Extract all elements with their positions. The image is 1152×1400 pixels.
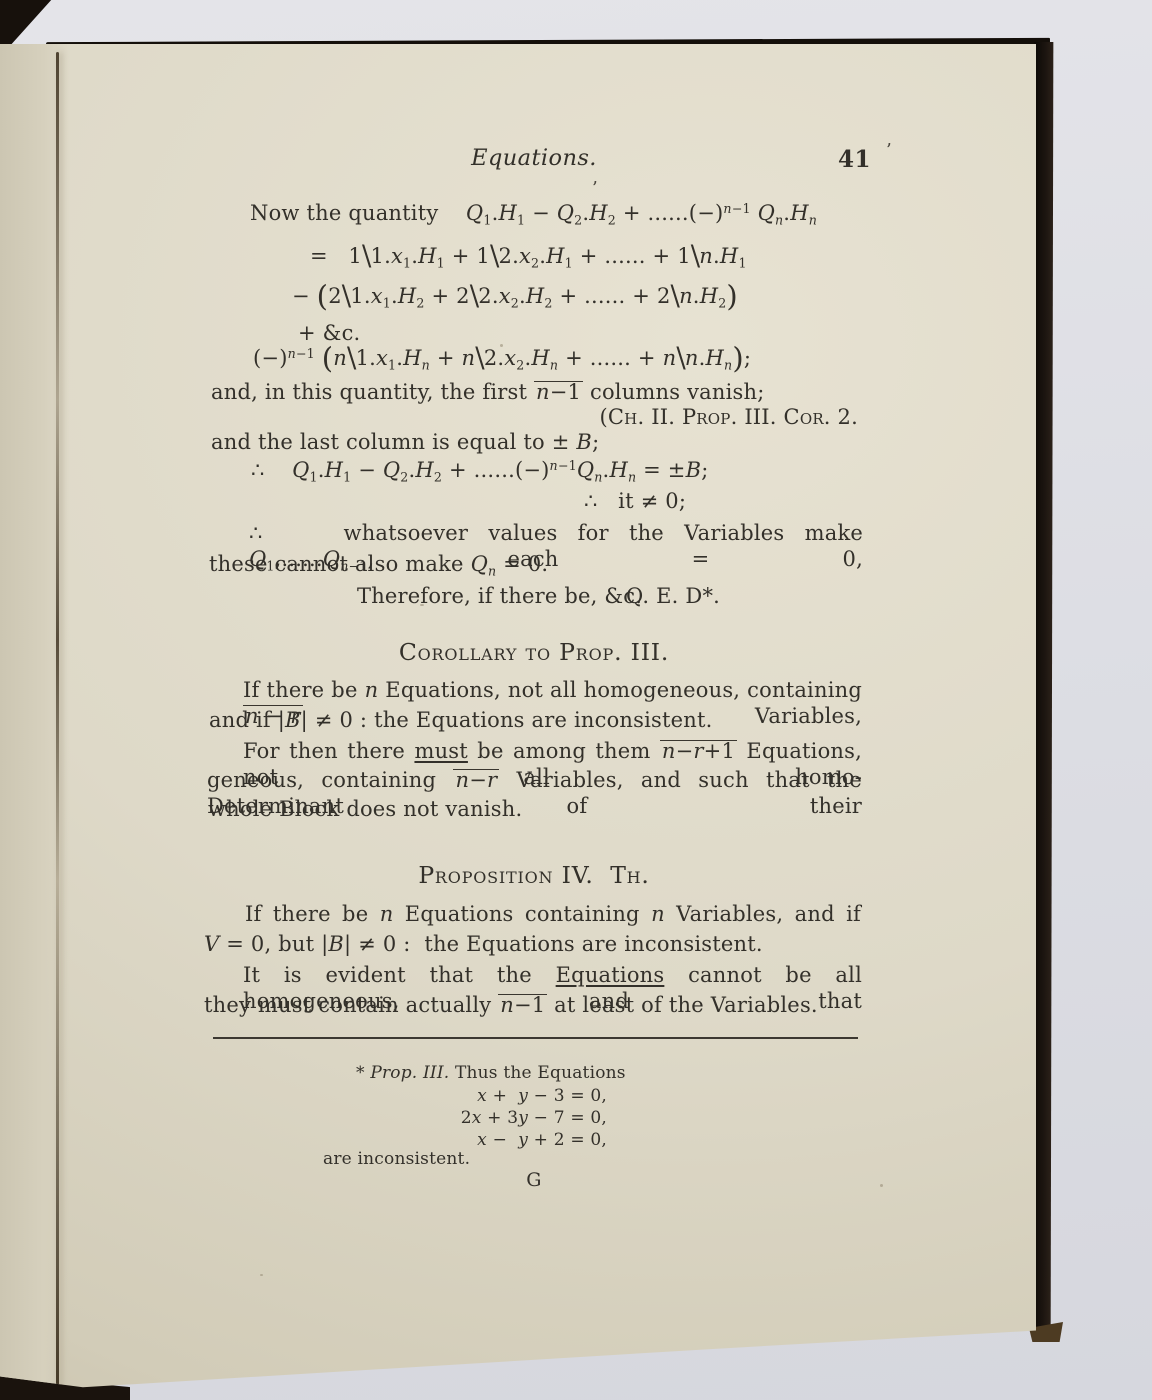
proposition-para2-line2: they must contain actually n−1 at least … xyxy=(204,992,818,1018)
corollary-para2-line3: whole Block does not vanish. xyxy=(208,796,522,822)
chapter-reference: (Ch. II. Prop. III. Cor. 2. xyxy=(210,404,858,430)
page-number: 41 xyxy=(838,146,871,175)
corollary-para1-line2: and if |B| ≠ 0 : the Equations are incon… xyxy=(209,707,713,733)
proposition-heading: Proposition IV. Th. xyxy=(210,861,858,890)
qed-label: Q. E. D*. xyxy=(626,583,720,609)
proposition-para1-line2: V = 0, but |B| ≠ 0 : the Equations are i… xyxy=(204,931,763,957)
book-page: Equations. 41 ’ ’ Now the quantity Q1.H1… xyxy=(0,44,1036,1394)
footnote-equation-1: x + y − 3 = 0, xyxy=(383,1086,607,1107)
paper-speck xyxy=(880,1184,883,1187)
footnote-equation-2: 2x + 3y − 7 = 0, xyxy=(383,1108,607,1129)
expansion-line-1: = 1\1.x1.H1 + 1\2.x2.H1 + ...... + 1\n.H… xyxy=(310,243,747,269)
footnote-rule xyxy=(213,1037,858,1039)
therefore-nonzero-line: ∴ it ≠ 0; xyxy=(584,488,686,514)
corollary-heading: Corollary to Prop. III. xyxy=(210,638,858,667)
footnote-intro: * Prop. III. Thus the Equations xyxy=(356,1063,626,1084)
cannot-also-make-line: these cannot also make Qn = 0. xyxy=(209,551,548,577)
page-gutter xyxy=(0,44,70,1394)
footnote-outro: are inconsistent. xyxy=(323,1149,470,1170)
stray-mark: ’ xyxy=(886,140,892,161)
columns-vanish-line: and, in this quantity, the first n−1 col… xyxy=(211,379,765,405)
paper-speck xyxy=(260,1274,263,1276)
signature-mark: G xyxy=(210,1169,858,1193)
stray-mark: ’ xyxy=(592,178,598,199)
proof-intro-line: Now the quantity Q1.H1 − Q2.H2 + ......(… xyxy=(250,200,817,226)
therefore-if-there-be-line: Therefore, if there be, &c. xyxy=(357,583,642,609)
running-head-title: Equations. xyxy=(210,144,858,172)
proposition-para1-line1: If there be n Equations containing n Var… xyxy=(245,901,861,927)
gutter-crease xyxy=(56,52,59,1389)
expansion-line-n: (−)n−1 (n\1.x1.Hn + n\2.x2.Hn + ...... +… xyxy=(253,345,751,371)
therefore-equation-line: ∴ Q1.H1 − Q2.H2 + ......(−)n−1Qn.Hn = ±B… xyxy=(251,457,709,483)
expansion-line-2: − (2\1.x1.H2 + 2\2.x2.H2 + ...... + 2\n.… xyxy=(292,283,738,309)
last-column-line: and the last column is equal to ± B; xyxy=(211,429,599,455)
